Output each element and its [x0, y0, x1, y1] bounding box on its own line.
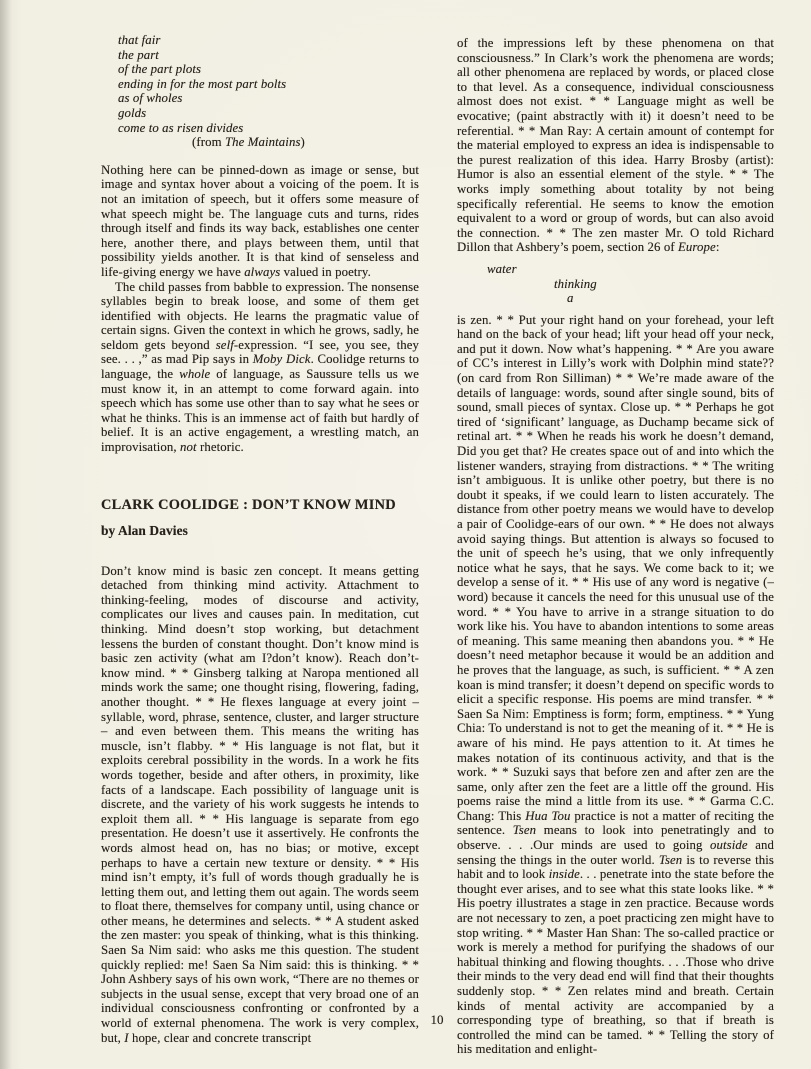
continuation-paragraph-2: is zen. * * Put your right hand on your … — [457, 313, 774, 1057]
left-column: that fair the part of the part plots end… — [101, 33, 419, 1045]
article-title: CLARK COOLIDGE : DON’T KNOW MIND — [101, 497, 419, 514]
article-byline: by Alan Davies — [101, 523, 419, 539]
body-paragraph-1: Nothing here can be pinned-down as image… — [101, 163, 419, 280]
quoted-poem-line: thinking — [554, 277, 774, 292]
body-paragraph-2: The child passes from babble to expressi… — [101, 280, 419, 455]
poem-line: of the part plots — [118, 62, 419, 77]
scanned-page: that fair the part of the part plots end… — [0, 0, 811, 1069]
poem-excerpt: that fair the part of the part plots end… — [118, 33, 419, 150]
poem-line: ending in for the most part bolts — [118, 77, 419, 92]
poem-line: golds — [118, 106, 419, 121]
right-column: of the impressions left by these phenome… — [457, 36, 774, 1057]
poem-line: as of wholes — [118, 91, 419, 106]
poem-line: the part — [118, 48, 419, 63]
quoted-poem-line: water — [487, 262, 774, 277]
continuation-paragraph-1: of the impressions left by these phenome… — [457, 36, 774, 255]
quoted-poem: water thinking a — [457, 262, 774, 306]
scan-edge-shadow — [0, 0, 12, 1069]
poem-attribution: (from The Maintains) — [192, 135, 419, 150]
essay-paragraph: Don’t know mind is basic zen concept. It… — [101, 564, 419, 1046]
page-number: 10 — [101, 1012, 773, 1028]
poem-line: come to as risen divides — [118, 121, 419, 136]
poem-line: that fair — [118, 33, 419, 48]
quoted-poem-line: a — [567, 291, 774, 306]
